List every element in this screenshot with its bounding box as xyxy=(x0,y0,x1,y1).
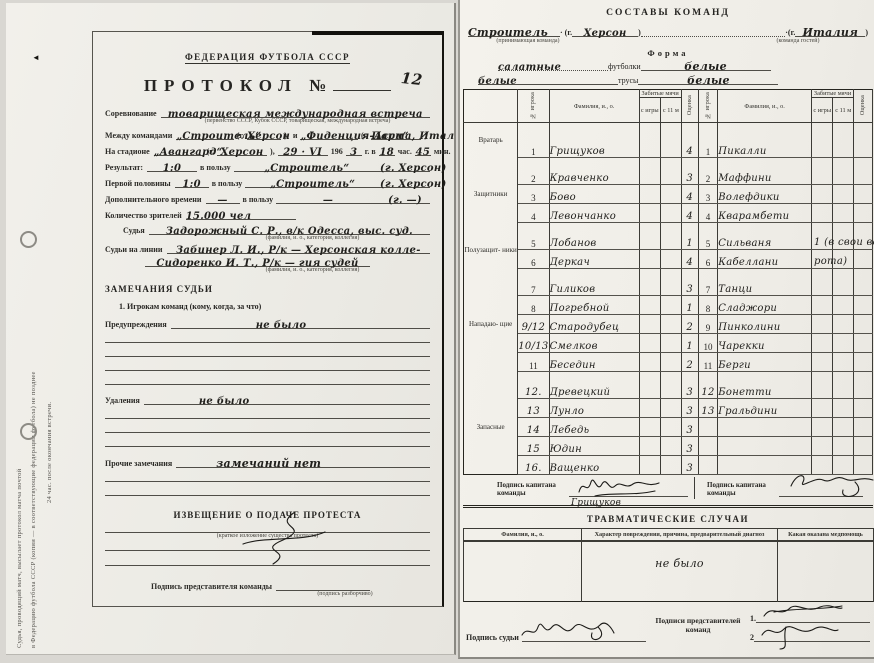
home-player-number-value: 9/12 xyxy=(522,322,546,333)
home-player-name: Грищуков xyxy=(549,123,639,158)
minute-suffix: мин. xyxy=(431,147,454,156)
shirts-label: футболки xyxy=(608,62,641,71)
home-captain-block: Подпись капитана команды Грищуков xyxy=(463,477,695,499)
guest-player-name: Сильваня xyxy=(718,231,812,250)
home-player-score: 4 xyxy=(681,204,698,223)
guest-player-score xyxy=(854,250,873,269)
protest-signature xyxy=(225,508,335,566)
blank-line xyxy=(105,482,430,496)
guest-player-name: Гральдини xyxy=(718,399,812,418)
guest-goals-penalty xyxy=(833,166,854,185)
roster-row: 11Беседин211Берги xyxy=(464,353,873,372)
home-player-number: 10/13 xyxy=(518,334,549,353)
home-player-name-value: Юдин xyxy=(550,444,583,455)
roster-row: Запасные12.Древецкий312Бонетти xyxy=(464,380,873,399)
home-player-number: 9/12 xyxy=(518,315,549,334)
guest-player-number: 5 xyxy=(698,231,717,250)
guest-player-name-value: Бонетти xyxy=(718,387,771,398)
roster-row: 3Бово43Волефдики xyxy=(464,185,873,204)
home-player-name: Лебедь xyxy=(549,418,639,437)
roster-table: № игрока Фамилия, и., о. Забитые мячи Оц… xyxy=(463,89,873,475)
city-prefix: · (г. xyxy=(560,28,572,37)
guest-goals-play xyxy=(812,296,833,315)
protocol-frame: ФЕДЕРАЦИЯ ФУТБОЛА СССР ПРОТОКОЛ № 12 Сор… xyxy=(92,31,444,607)
guest-captain-signature-line xyxy=(779,482,863,497)
home-goals-penalty xyxy=(660,185,681,204)
roster-group: Нападаю- щие7Гиликов37Танци8Погребной18С… xyxy=(464,277,873,372)
guest-player-number xyxy=(698,418,717,437)
other-remarks-label: Прочие замечания xyxy=(105,459,176,468)
expulsions-value: не было xyxy=(199,396,250,407)
in-favor: в пользу xyxy=(209,179,246,188)
guest-goals-play xyxy=(812,277,833,296)
guest-player-number-value: 2 xyxy=(706,174,711,184)
scanned-protocol-document: { "left": { "margin_note_1": "Судья, про… xyxy=(0,0,874,663)
home-player-number: 14 xyxy=(518,418,549,437)
home-player-name: Погребной xyxy=(549,296,639,315)
group-col-header xyxy=(464,90,518,123)
blank-line xyxy=(105,329,430,343)
guest-goals-play: 1 (в свои во- xyxy=(812,231,833,250)
guest-goals-play xyxy=(812,166,833,185)
home-player-number: 7 xyxy=(518,277,549,296)
roster-row: 6Деркач46Кабелланирота) xyxy=(464,250,873,269)
injuries-col-aid: Какая оказана медпомощь xyxy=(778,529,874,542)
kit-title: Форма xyxy=(460,48,874,58)
home-player-name-value: Смелков xyxy=(550,341,598,352)
home-player-name-value: Кравченко xyxy=(550,173,609,184)
home-player-score: 3 xyxy=(681,380,698,399)
rep1-row: 1. xyxy=(750,610,870,623)
federation-title: ФЕДЕРАЦИЯ ФУТБОЛА СССР xyxy=(105,52,430,62)
guest-goals-penalty xyxy=(833,437,854,456)
stadium-label: На стадионе xyxy=(105,147,154,156)
home-goals-penalty xyxy=(660,399,681,418)
home-player-name: Кравченко xyxy=(549,166,639,185)
linesmen-label: Судьи на линии xyxy=(105,245,167,254)
roster-row: 14Лебедь3 xyxy=(464,418,873,437)
guest-player-number: 12 xyxy=(698,380,717,399)
stadium-name: „Авангард“ xyxy=(154,147,223,158)
guest-goals-penalty xyxy=(833,353,854,372)
guest-captain-signature xyxy=(785,470,874,504)
home-player-number: 2 xyxy=(518,166,549,185)
guest-goals-penalty xyxy=(833,399,854,418)
guest-player-number: 4 xyxy=(698,204,717,223)
in-favor: в пользу xyxy=(240,195,277,204)
home-player-name: Древецкий xyxy=(549,380,639,399)
referee-name: Задорожный С. Р., в/к Одесса, выс. суд. xyxy=(166,226,413,237)
rep-signature-label: Подпись представителя команды xyxy=(151,582,276,591)
guest-shirts-color: белые xyxy=(684,60,727,73)
guest-player-number: 7 xyxy=(698,277,717,296)
home-player-number: 5 xyxy=(518,231,549,250)
reps-signatures-label: Подписи представителей команд xyxy=(646,616,750,642)
lineups-page: СОСТАВЫ КОМАНД Строитель · (г. Херсон ) … xyxy=(458,0,874,659)
home-player-score-value: 3 xyxy=(686,425,693,436)
half-label: Первой половины xyxy=(105,179,175,188)
competition-row: Соревнование товарищеская международная … xyxy=(105,108,430,118)
guest-player-score xyxy=(854,296,873,315)
group-gap xyxy=(464,158,873,167)
home-player-score: 4 xyxy=(681,250,698,269)
competition-value: товарищеская международная встреча xyxy=(168,109,423,120)
home-goals-play xyxy=(639,353,660,372)
guest-player-number-value: 10 xyxy=(703,342,712,352)
guest-goals-play xyxy=(812,185,833,204)
home-player-number: 11 xyxy=(518,353,549,372)
guest-player-score xyxy=(854,315,873,334)
guest-player-number-value: 4 xyxy=(706,212,711,222)
rep2-signature-line xyxy=(754,629,870,642)
home-player-number: 4 xyxy=(518,204,549,223)
guest-team-country: Италия xyxy=(802,26,858,39)
guest-player-score xyxy=(854,204,873,223)
guest-goals-play: рота) xyxy=(812,250,833,269)
home-player-score: 1 xyxy=(681,296,698,315)
half-team: „Строитель“ xyxy=(270,179,355,190)
goals-penalty-header: с 11 м xyxy=(660,98,681,123)
guest-player-name-value: Кварамбети xyxy=(718,211,789,222)
guest-goals-penalty xyxy=(833,277,854,296)
injuries-value: не было xyxy=(655,557,704,570)
home-player-name-value: Левончанко xyxy=(550,211,616,222)
home-player-score-value: 3 xyxy=(686,173,693,184)
guest-goals-penalty xyxy=(833,123,854,158)
home-player-name-value: Беседин xyxy=(550,360,596,371)
guest-player-number-value: 9 xyxy=(706,323,711,333)
home-player-number-value: 7 xyxy=(531,285,536,295)
guest-player-number: 9 xyxy=(698,315,717,334)
home-player-number: 3 xyxy=(518,185,549,204)
guest-goals-penalty xyxy=(833,296,854,315)
goals-header: Забитые мячи xyxy=(812,90,854,98)
guest-player-number: 1 xyxy=(698,123,717,158)
home-player-number: 15 xyxy=(518,437,549,456)
home-goals-penalty xyxy=(660,456,681,475)
group-gap-row xyxy=(464,269,873,278)
home-captain-signature xyxy=(575,474,667,500)
in-favor: в пользу xyxy=(197,163,234,172)
guest-player-score xyxy=(854,123,873,158)
home-player-name-value: Деркач xyxy=(550,257,590,268)
home-goals-penalty xyxy=(660,334,681,353)
home-player-number: 8 xyxy=(518,296,549,315)
margin-note-line2: в Федерацию футбола СССР (копии — в соот… xyxy=(30,48,37,648)
group-gap-row xyxy=(464,158,873,167)
home-goals-play xyxy=(639,250,660,269)
guest-player-name xyxy=(718,437,812,456)
guest-player-number-value: 3 xyxy=(706,193,711,203)
home-player-number-value: 8 xyxy=(531,304,536,314)
home-player-score-value: 1 xyxy=(686,341,693,352)
home-player-number-value: 3 xyxy=(531,193,536,203)
home-player-number: 1 xyxy=(518,123,549,158)
match-minute: 45 xyxy=(416,147,431,158)
home-player-name-value: Древецкий xyxy=(550,387,611,398)
rep1-signature xyxy=(760,602,846,624)
guest-goals-play xyxy=(812,353,833,372)
home-captain-name: Грищуков xyxy=(571,498,621,508)
home-goals-play xyxy=(639,456,660,475)
guest-goals-play xyxy=(812,418,833,437)
position-group-label: Нападаю- щие xyxy=(464,277,518,372)
roster-row: 13Лунло313Гральдини xyxy=(464,399,873,418)
half-result-row: Первой половины 1:0 в пользу „Строитель“… xyxy=(105,178,430,188)
guest-goals-penalty xyxy=(833,185,854,204)
home-team-city: Херсон xyxy=(584,28,627,39)
guest-player-number-value: 8 xyxy=(706,304,711,314)
home-goals-play xyxy=(639,418,660,437)
guest-captain-block: Подпись капитана команды xyxy=(695,477,873,499)
home-goals-penalty xyxy=(660,166,681,185)
half-city: (г. Херсон) xyxy=(380,179,447,190)
guest-team-city: Парма, Италия xyxy=(371,131,456,142)
home-goals-play xyxy=(639,296,660,315)
home-player-number-value: 15 xyxy=(527,444,540,455)
home-player-score: 3 xyxy=(681,166,698,185)
home-goals-play xyxy=(639,123,660,158)
home-player-number-value: 6 xyxy=(531,258,536,268)
home-player-score-value: 3 xyxy=(686,444,693,455)
home-player-score: 3 xyxy=(681,456,698,475)
home-goals-play xyxy=(639,437,660,456)
guest-goals-penalty xyxy=(833,204,854,223)
blank-line xyxy=(105,433,430,447)
home-player-number: 16. xyxy=(518,456,549,475)
guest-goals-penalty xyxy=(833,334,854,353)
home-goals-play xyxy=(639,204,660,223)
bracket: ) xyxy=(865,28,868,37)
warnings-row: Предупреждения не было xyxy=(105,319,430,329)
injuries-name-cell xyxy=(464,541,582,602)
home-captain-label: Подпись капитана команды xyxy=(497,481,569,497)
group-gap xyxy=(464,269,873,278)
guest-player-number: 3 xyxy=(698,185,717,204)
home-player-score-value: 4 xyxy=(686,192,693,203)
competition-label: Соревнование xyxy=(105,109,161,118)
guest-player-score xyxy=(854,399,873,418)
guest-player-name: Пинколини xyxy=(718,315,812,334)
home-goals-play xyxy=(639,166,660,185)
position-group-label: Полузащит- ники xyxy=(464,231,518,269)
player-name-header: Фамилия, и., о. xyxy=(549,90,639,123)
home-player-score-value: 2 xyxy=(686,322,693,333)
home-player-score: 1 xyxy=(681,334,698,353)
referee-row: Судья Задорожный С. Р., в/к Одесса, выс.… xyxy=(105,225,430,235)
home-goals-penalty xyxy=(660,315,681,334)
guest-player-score xyxy=(854,353,873,372)
roster-row: Защитники2Кравченко32Маффини xyxy=(464,166,873,185)
teams-header-row: Строитель · (г. Херсон ) · (г. Италия ) xyxy=(468,26,868,37)
rep-signature-row: Подпись представителя команды xyxy=(151,582,370,591)
guest-player-name-value: Маффини xyxy=(718,173,771,184)
guest-goals-play xyxy=(812,399,833,418)
guest-player-name xyxy=(718,418,812,437)
home-player-score-value: 3 xyxy=(686,387,693,398)
roster-header: № игрока Фамилия, и., о. Забитые мячи Оц… xyxy=(464,90,873,123)
result-city: (г. Херсон) xyxy=(380,163,447,174)
scan-artifact-arrow: ◄ xyxy=(32,53,40,62)
hole-punch xyxy=(20,423,37,440)
rep2-row: 2 xyxy=(750,629,870,642)
guest-goals-play xyxy=(812,204,833,223)
injuries-col-description: Характер повреждения, причина, предварит… xyxy=(582,529,778,542)
guest-captain-label: Подпись капитана команды xyxy=(707,481,779,497)
guest-player-score xyxy=(854,166,873,185)
result-team: „Строитель“ xyxy=(264,163,349,174)
guest-player-name: Маффини xyxy=(718,166,812,185)
injuries-aid-cell xyxy=(778,541,874,602)
home-player-name: Смелков xyxy=(549,334,639,353)
guest-goals-play xyxy=(812,123,833,158)
guest-player-name-value: Пинколини xyxy=(718,322,780,333)
judge-signature-block: Подпись судьи xyxy=(466,627,646,642)
home-player-score: 2 xyxy=(681,315,698,334)
result-label: Результат: xyxy=(105,163,147,172)
match-hour: 18 xyxy=(380,147,395,158)
roster-row: Вратарь1Грищуков41Пикалли xyxy=(464,123,873,158)
home-player-score-value: 3 xyxy=(686,406,693,417)
guest-player-score xyxy=(854,418,873,437)
roster-group: Запасные12.Древецкий312Бонетти13Лунло313… xyxy=(464,380,873,475)
guest-player-number-value: 11 xyxy=(704,361,713,371)
guest-player-name-value: Гральдини xyxy=(718,406,777,417)
home-player-score: 3 xyxy=(681,277,698,296)
guest-player-score xyxy=(854,277,873,296)
home-goals-penalty xyxy=(660,277,681,296)
scan-edge-bar xyxy=(312,31,444,35)
home-player-score-value: 4 xyxy=(686,257,693,268)
home-player-name-value: Лебедь xyxy=(550,425,590,436)
linesman-1: Забинер Л. И., Р/к — Херсонская колле- xyxy=(176,245,421,256)
guest-player-score xyxy=(854,185,873,204)
home-player-name: Лобанов xyxy=(549,231,639,250)
shorts-label: трусы xyxy=(618,76,638,85)
home-goals-penalty xyxy=(660,418,681,437)
guest-player-number-value: 1 xyxy=(706,147,711,157)
blank-line xyxy=(105,468,430,482)
guest-player-name: Сладжори xyxy=(718,296,812,315)
home-player-name-value: Лобанов xyxy=(550,238,597,249)
remarks-item: 1. Игрокам команд (кому, когда, за что) xyxy=(105,302,430,311)
goals-header: Забитые мячи xyxy=(639,90,681,98)
guest-player-number-value: 6 xyxy=(706,258,711,268)
guest-player-name: Кварамбети xyxy=(718,204,812,223)
position-group-label: Защитники xyxy=(464,166,518,223)
bottom-signatures-row: Подпись судьи Подписи представителей ком… xyxy=(466,608,870,642)
home-player-score: 4 xyxy=(681,185,698,204)
guest-player-name-value: Чарекки xyxy=(718,341,765,352)
other-remarks-value: замечаний нет xyxy=(216,457,321,470)
home-player-name-value: Стародубец xyxy=(550,322,620,333)
goals-play-header: с игры xyxy=(812,98,833,123)
home-player-name-value: Погребной xyxy=(550,303,610,314)
roster-group: Полузащит- ники5Лобанов15Сильваня1 (в св… xyxy=(464,231,873,269)
roster-row: Полузащит- ники5Лобанов15Сильваня1 (в св… xyxy=(464,231,873,250)
player-number-header: № игрока xyxy=(698,90,717,123)
goals-penalty-header: с 11 м xyxy=(833,98,854,123)
judge-signature xyxy=(518,615,618,647)
position-group-label: Запасные xyxy=(464,380,518,475)
half-score: 1:0 xyxy=(182,179,201,190)
extra-score: — xyxy=(217,195,227,206)
home-player-number-value: 11 xyxy=(529,361,538,371)
guest-player-number: 2 xyxy=(698,166,717,185)
home-goals-penalty xyxy=(660,380,681,399)
home-player-name-value: Лунло xyxy=(550,406,585,417)
guest-player-name: Танци xyxy=(718,277,812,296)
injuries-description-cell: не было xyxy=(582,541,778,602)
home-player-name: Бово xyxy=(549,185,639,204)
home-player-number: 12. xyxy=(518,380,549,399)
spectators-count: 15.000 чел xyxy=(186,211,252,222)
home-goals-penalty xyxy=(660,204,681,223)
home-goals-play xyxy=(639,231,660,250)
guest-player-name-value: Волефдики xyxy=(718,192,779,203)
home-shirts-color: салатные xyxy=(498,62,561,73)
shirts-row: салатные футболки белые xyxy=(468,60,868,71)
home-player-name: Левончанко xyxy=(549,204,639,223)
home-goals-play xyxy=(639,185,660,204)
home-player-score-value: 1 xyxy=(686,303,693,314)
home-goals-penalty xyxy=(660,123,681,158)
teams-label: Между командами xyxy=(105,131,176,140)
roster-group: Защитники2Кравченко32Маффини3Бово43Волеф… xyxy=(464,166,873,223)
protocol-number: 12 xyxy=(400,69,423,89)
city-prefix: (г. xyxy=(788,28,795,37)
guest-goals-play xyxy=(812,315,833,334)
home-player-name: Беседин xyxy=(549,353,639,372)
guest-player-number xyxy=(698,437,717,456)
guest-player-number-value: 13 xyxy=(701,406,714,417)
own-goal-note: рота) xyxy=(814,256,847,267)
group-gap-row xyxy=(464,223,873,232)
roster-group: Вратарь1Грищуков41Пикалли xyxy=(464,123,873,158)
shorts-row: белые трусы белые xyxy=(468,74,868,85)
hole-punch xyxy=(20,231,37,248)
home-player-name: Гиликов xyxy=(549,277,639,296)
own-goal-note: 1 (в свои во- xyxy=(814,237,874,248)
conjunction: и xyxy=(290,131,301,140)
guest-player-number: 8 xyxy=(698,296,717,315)
other-remarks-row: Прочие замечания замечаний нет xyxy=(105,457,430,468)
home-player-name-value: Грищуков xyxy=(550,146,606,157)
guest-player-name: Чарекки xyxy=(718,334,812,353)
expulsions-row: Удаления не было xyxy=(105,395,430,405)
lineups-title: СОСТАВЫ КОМАНД xyxy=(460,8,874,18)
home-goals-penalty xyxy=(660,296,681,315)
stadium-city: Херсон xyxy=(221,147,264,158)
protocol-page: Судья, проводящий матч, высылает протоко… xyxy=(6,3,456,655)
result-row: Результат: 1:0 в пользу „Строитель“ (г. … xyxy=(105,162,430,172)
guest-player-number xyxy=(698,456,717,475)
guest-player-score xyxy=(854,334,873,353)
home-player-score: 3 xyxy=(681,437,698,456)
home-player-number-value: 2 xyxy=(531,174,536,184)
home-player-number-value: 13 xyxy=(527,406,540,417)
extra-label: Дополнительного времени xyxy=(105,195,206,204)
home-player-score-value: 3 xyxy=(686,284,693,295)
group-gap xyxy=(464,372,873,381)
home-player-score: 3 xyxy=(681,399,698,418)
home-player-score-value: 1 xyxy=(686,238,693,249)
referee-label: Судья xyxy=(105,226,149,235)
guest-player-number: 10 xyxy=(698,334,717,353)
linesmen-row: Судьи на линии Забинер Л. И., Р/к — Херс… xyxy=(105,244,430,254)
captains-signature-block: Подпись капитана команды Грищуков Подпис… xyxy=(463,477,873,508)
guest-player-name-value: Берги xyxy=(718,360,751,371)
